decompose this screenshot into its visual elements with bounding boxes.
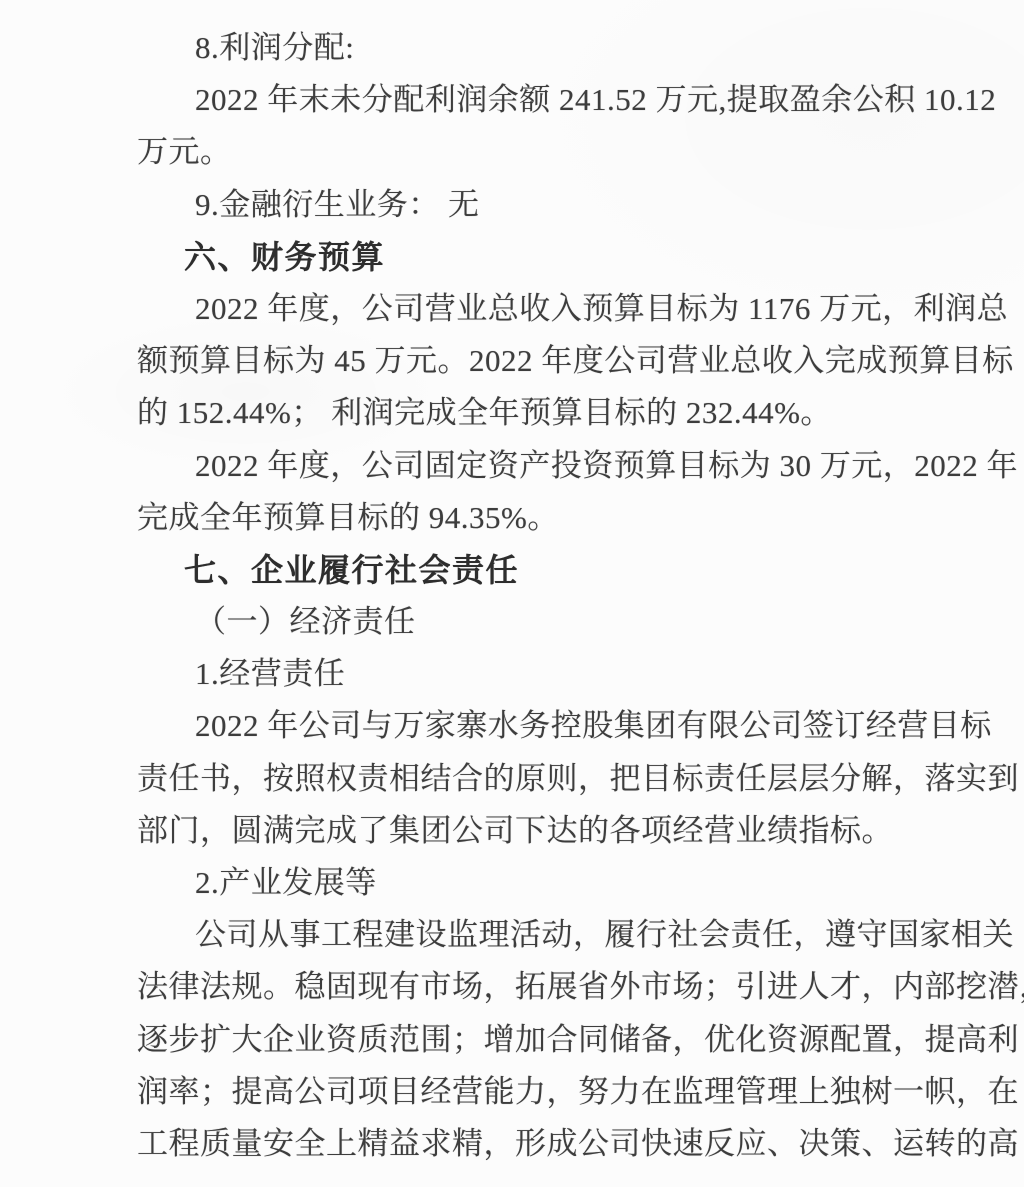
document-line: 七、企业履行社会责任 xyxy=(137,544,914,596)
document-line: 完成全年预算目标的 94.35%。 xyxy=(137,492,914,544)
document-line: 2022 年末未分配利润余额 241.52 万元,提取盈余公积 10.12 xyxy=(137,74,914,126)
document-line: 逐步扩大企业资质范围；增加合同储备，优化资源配置，提高利 xyxy=(137,1014,914,1066)
document-line: 2022 年度，公司营业总收入预算目标为 1176 万元，利润总 xyxy=(137,283,914,335)
document-line: 公司从事工程建设监理活动，履行社会责任，遵守国家相关 xyxy=(137,909,914,961)
document-line: 工程质量安全上精益求精，形成公司快速反应、决策、运转的高 xyxy=(137,1118,914,1170)
document-line: 责任书，按照权责相结合的原则，把目标责任层层分解，落实到 xyxy=(137,753,914,805)
document-line: 2022 年度，公司固定资产投资预算目标为 30 万元，2022 年 xyxy=(137,440,914,492)
document-line: 部门，圆满完成了集团公司下达的各项经营业绩指标。 xyxy=(137,805,914,857)
document-line: 2022 年公司与万家寨水务控股集团有限公司签订经营目标 xyxy=(137,700,914,752)
document-line: 万元。 xyxy=(137,126,914,178)
document-line: 法律法规。稳固现有市场，拓展省外市场；引进人才，内部挖潜， xyxy=(137,961,914,1013)
document-page: 8.利润分配:2022 年末未分配利润余额 241.52 万元,提取盈余公积 1… xyxy=(0,0,1024,1187)
document-line: 润率；提高公司项目经营能力，努力在监理管理上独树一帜，在 xyxy=(137,1066,914,1118)
document-line: 2.产业发展等 xyxy=(137,857,914,909)
document-body: 8.利润分配:2022 年末未分配利润余额 241.52 万元,提取盈余公积 1… xyxy=(0,0,1024,1170)
document-line: 1.经营责任 xyxy=(137,648,914,700)
document-line: （一）经济责任 xyxy=(137,596,914,648)
document-line: 额预算目标为 45 万元。2022 年度公司营业总收入完成预算目标 xyxy=(137,335,914,387)
document-line: 8.利润分配: xyxy=(137,22,914,74)
document-line: 9.金融衍生业务： 无 xyxy=(137,179,914,231)
document-line: 六、财务预算 xyxy=(137,231,914,283)
document-line: 的 152.44%； 利润完成全年预算目标的 232.44%。 xyxy=(137,387,914,439)
